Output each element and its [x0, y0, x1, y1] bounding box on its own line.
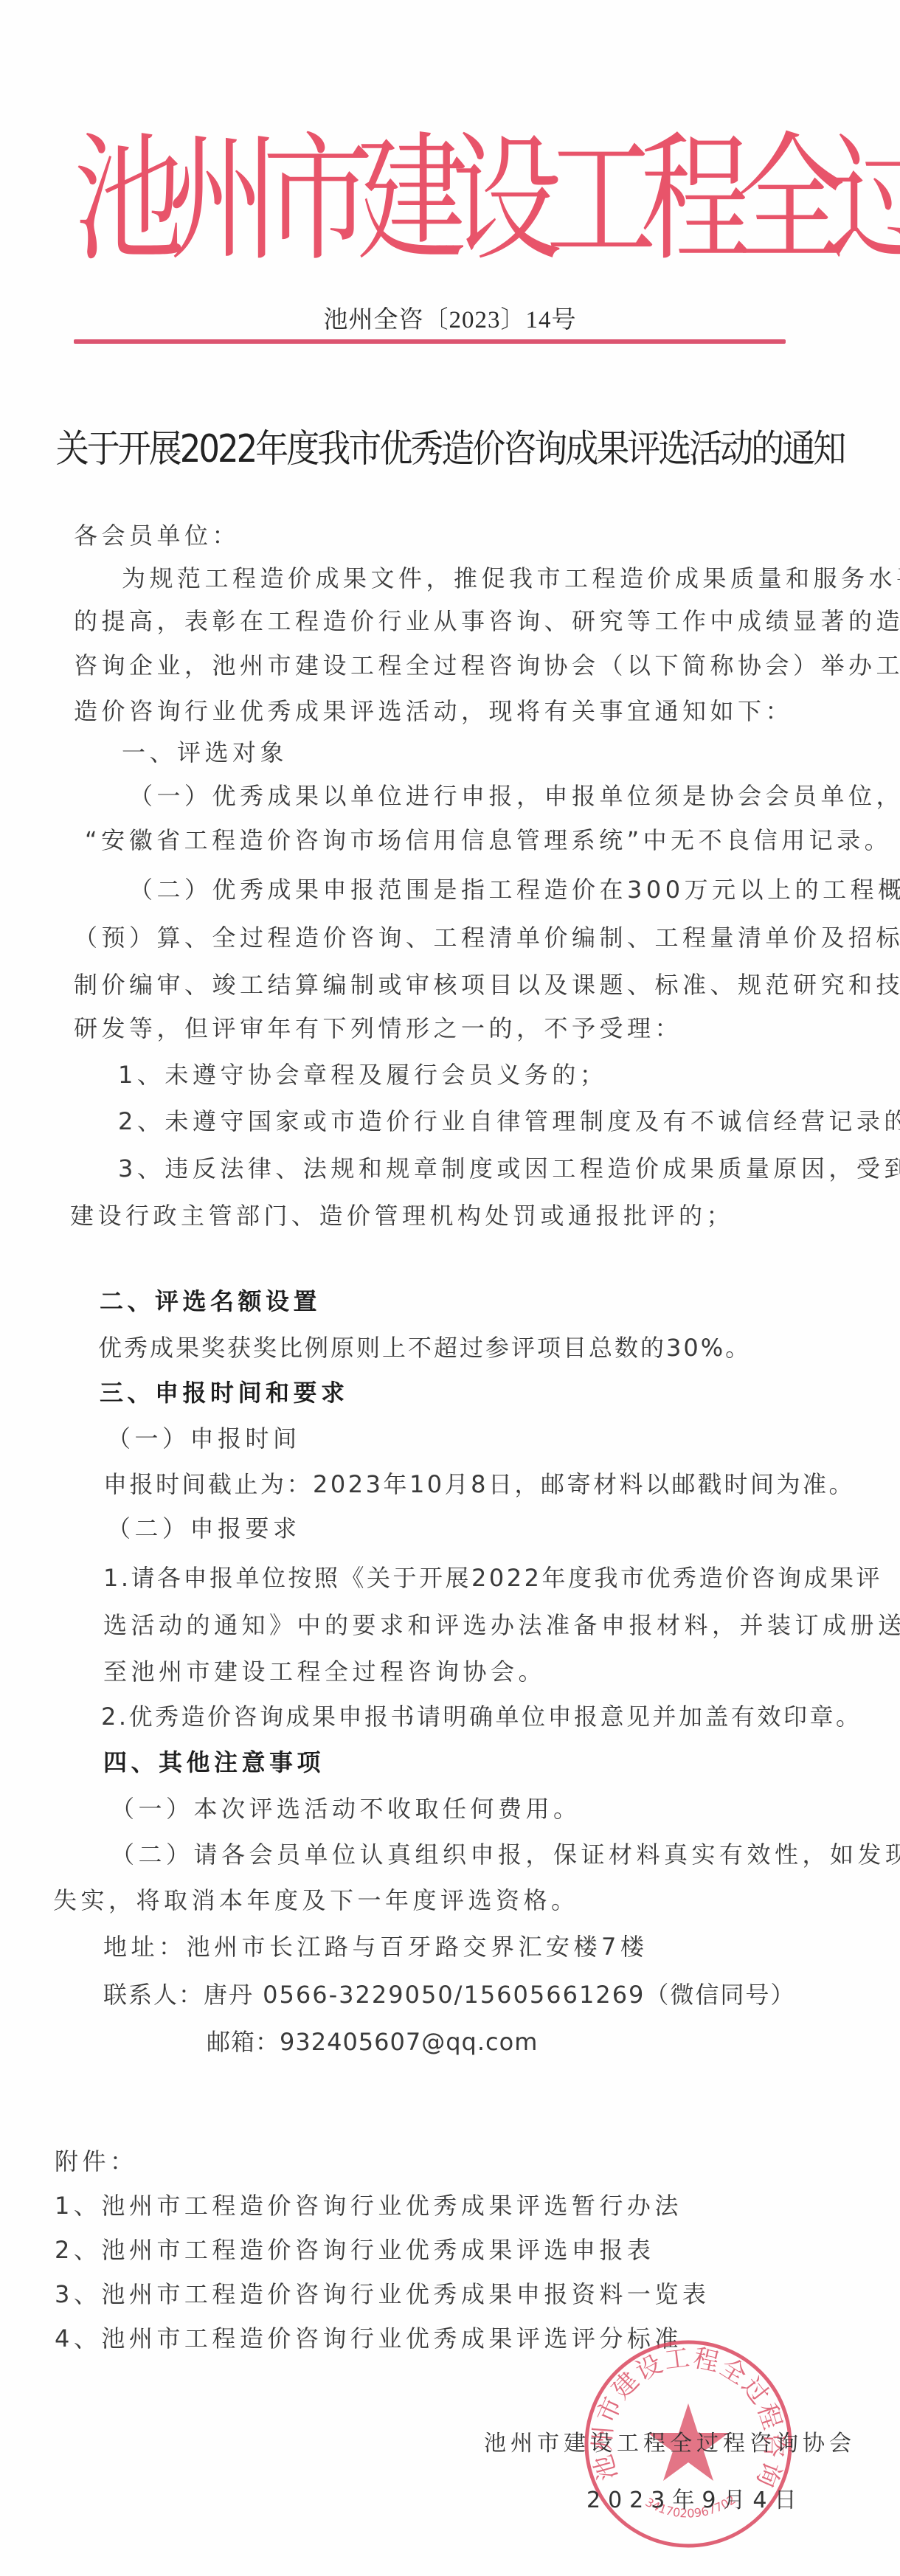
- section-1-line: （一）优秀成果以单位进行申报，申报单位须是协会会员单位，在: [129, 780, 900, 812]
- attachments-label: 附件：: [55, 2145, 138, 2178]
- signature-date: 2023年9月4日: [586, 2486, 804, 2516]
- section-4-line: （二）请各会员单位认真组织申报，保证材料真实有效性，如发现: [111, 1838, 900, 1871]
- masthead-organization: 池州市建设工程全过程咨询协会: [74, 103, 826, 297]
- section-2-line: 优秀成果奖获奖比例原则上不超过参评项目总数的30%。: [98, 1332, 751, 1364]
- intro-line: 的提高，表彰在工程造价行业从事咨询、研究等工作中成绩显著的造价: [74, 605, 900, 637]
- section-4-line: 失实，将取消本年度及下一年度评选资格。: [53, 1884, 579, 1917]
- section-1-line: 研发等，但评审年有下列情形之一的，不予受理：: [74, 1012, 682, 1045]
- section-3-line: 2.优秀造价咨询成果申报书请明确单位申报意见并加盖有效印章。: [101, 1700, 862, 1733]
- signature-organization: 池州市建设工程全过程咨询协会: [484, 2429, 856, 2459]
- section-3-line: 1.请各申报单位按照《关于开展2022年度我市优秀造价咨询成果评: [103, 1562, 882, 1594]
- section-1-line: 3、违反法律、法规和规章制度或因工程造价成果质量原因，受到: [118, 1152, 900, 1185]
- section-1-line: 制价编审、竣工结算编制或审核项目以及课题、标准、规范研究和技术: [74, 969, 900, 1001]
- section-4-line: （一）本次评选活动不收取任何费用。: [111, 1793, 581, 1825]
- document-number: 池州全咨〔2023〕14号: [0, 304, 900, 336]
- section-1-line: “安徽省工程造价咨询市场信用信息管理系统”中无不良信用记录。: [85, 824, 892, 856]
- section-1-line: 建设行政主管部门、造价管理机构处罚或通报批评的；: [70, 1199, 734, 1232]
- section-1-line: （预）算、全过程造价咨询、工程清单价编制、工程量清单价及招标控: [74, 921, 900, 954]
- intro-line: 咨询企业，池州市建设工程全过程咨询协会（以下简称协会）举办工程: [74, 649, 900, 682]
- salutation: 各会员单位：: [74, 519, 240, 552]
- section-3-line: （一）申报时间: [107, 1422, 301, 1455]
- section-1-line: （二）优秀成果申报范围是指工程造价在300万元以上的工程概: [129, 873, 900, 906]
- attachment-item: 2、池州市工程造价咨询行业优秀成果评选申报表: [55, 2234, 654, 2266]
- email: 邮箱：932405607@qq.com: [207, 2026, 538, 2058]
- address: 地址：池州市长江路与百牙路交界汇安楼7楼: [103, 1931, 648, 1963]
- section-4-heading: 四、其他注意事项: [103, 1746, 325, 1779]
- notice-title: 关于开展2022年度我市优秀造价咨询成果评选活动的通知: [0, 423, 900, 474]
- section-3-line: 申报时间截止为：2023年10月8日，邮寄材料以邮戳时间为准。: [103, 1468, 855, 1500]
- section-3-line: 至池州市建设工程全过程咨询协会。: [103, 1655, 546, 1688]
- contact-person: 联系人：唐丹 0566-3229050/15605661269（微信同号）: [103, 1978, 795, 2011]
- section-3-line: 选活动的通知》中的要求和评选办法准备申报材料，并装订成册送: [103, 1609, 900, 1641]
- section-1-line: 2、未遵守国家或市造价行业自律管理制度及有不诚信经营记录的；: [118, 1105, 900, 1138]
- intro-line: 为规范工程造价成果文件，推促我市工程造价成果质量和服务水平: [122, 562, 900, 595]
- section-1-line: 1、未遵守协会章程及履行会员义务的；: [118, 1059, 607, 1091]
- attachment-item: 1、池州市工程造价咨询行业优秀成果评选暂行办法: [55, 2189, 682, 2222]
- section-3-line: （二）申报要求: [107, 1512, 301, 1545]
- attachment-item: 3、池州市工程造价咨询行业优秀成果申报资料一览表: [55, 2278, 710, 2310]
- section-1-heading: 一、评选对象: [122, 736, 288, 769]
- red-header-rule: [74, 339, 786, 344]
- section-3-heading: 三、申报时间和要求: [100, 1377, 349, 1409]
- intro-line: 造价咨询行业优秀成果评选活动，现将有关事宜通知如下：: [74, 695, 793, 727]
- document-page: 池州市建设工程全过程咨询协会 池州全咨〔2023〕14号 关于开展2022年度我…: [0, 0, 900, 2576]
- section-2-heading: 二、评选名额设置: [100, 1285, 321, 1318]
